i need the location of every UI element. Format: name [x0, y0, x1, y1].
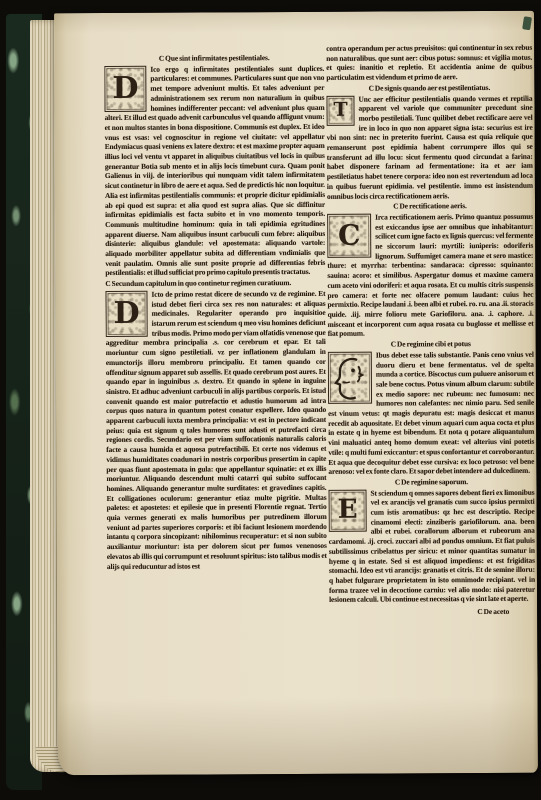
- heading-text: Que sint infirmitates pestilentiales.: [165, 53, 269, 63]
- section-heading: CDe regimine saporum.: [328, 477, 534, 488]
- paragraph: ESt sciendum q omnes sapores debent fier…: [329, 487, 536, 605]
- heading-text: De signis quando aer est pestilentiatus.: [375, 83, 490, 93]
- catchword-text: De aceto: [484, 607, 510, 616]
- catchword: CDe aceto: [329, 607, 535, 618]
- section-heading: CDe regimine cibi et potus: [328, 339, 534, 350]
- section-heading: CDe signis quando aer est pestilentiatus…: [326, 83, 532, 94]
- woodcut-initial: D: [105, 291, 147, 337]
- book-page: CQue sint infirmitates pestilentiales. D…: [54, 11, 538, 776]
- section-heading: CQue sint infirmitates pestilentiales.: [104, 53, 324, 64]
- text-column-left: CQue sint infirmitates pestilentiales. D…: [104, 52, 327, 721]
- binding-corner: [522, 16, 532, 30]
- paragraph: TUnc aer efficitur pestilentialis quando…: [326, 93, 533, 201]
- woodcut-initial-face: [328, 351, 372, 403]
- paragraph: CIrca rectificationem aeris. Primo quant…: [327, 212, 534, 339]
- woodcut-initial: C: [327, 214, 371, 258]
- woodcut-initial: T: [326, 95, 354, 125]
- heading-text: De rectificatione aeris.: [399, 201, 466, 210]
- section-heading: CDe rectificatione aeris.: [327, 201, 533, 212]
- body-text: contra operandum per actus preuisitos: q…: [326, 43, 532, 82]
- paragraph: DIco ergo q infirmitates pestilentiales …: [104, 64, 325, 279]
- woodcut-initial: E: [329, 489, 367, 531]
- woodcut-initial: D: [104, 65, 146, 111]
- section-heading: CSecundum capitulum in quo continetur re…: [105, 278, 325, 289]
- heading-text: Secundum capitulum in quo continetur reg…: [112, 278, 292, 288]
- heading-text: De regimine saporum.: [401, 477, 468, 486]
- profile-face-icon: [329, 352, 371, 402]
- paragraph: Ibus debet esse talis substantie. Panis …: [328, 350, 535, 477]
- body-text: Unc aer efficitur pestilentialis quando …: [327, 93, 533, 200]
- text-column-right: contra operandum per actus preuisitos: q…: [326, 43, 536, 738]
- paragraph: contra operandum per actus preuisitos: q…: [326, 43, 532, 83]
- heading-text: De regimine cibi et potus: [397, 339, 471, 348]
- paragraph: DIcto de primo restat dicere de secundo …: [105, 289, 326, 572]
